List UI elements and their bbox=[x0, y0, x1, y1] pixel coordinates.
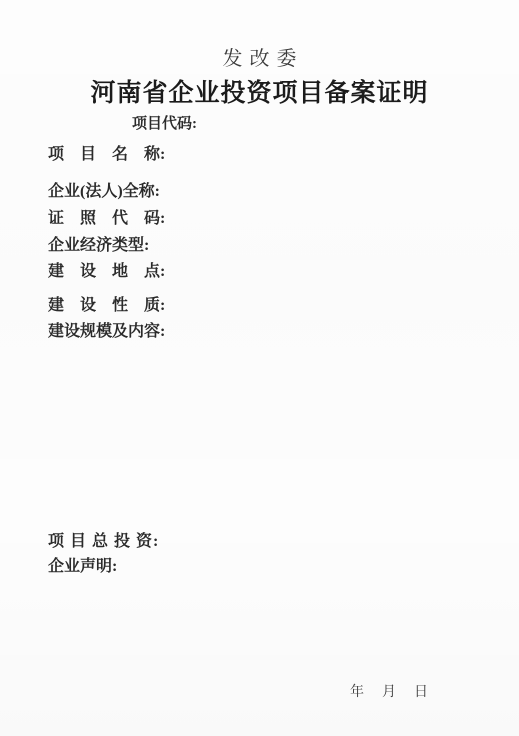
field-label-project-total-investment: 项 目 总 投 资: bbox=[48, 528, 159, 551]
document-title: 河南省企业投资项目备案证明 bbox=[0, 73, 519, 109]
project-code-label: 项目代码: bbox=[132, 112, 197, 133]
field-label-project-name: 项 目 名 称: bbox=[48, 141, 165, 164]
issuing-org-heading: 发改委 bbox=[0, 42, 519, 71]
field-label-enterprise-full-name: 企业(法人)全称: bbox=[48, 178, 160, 201]
date-line: 年 月 日 bbox=[350, 681, 430, 701]
scanned-form-page: 发改委 河南省企业投资项目备案证明 项目代码: 项 目 名 称: 企业(法人)全… bbox=[0, 0, 519, 736]
field-label-construction-nature: 建 设 性 质: bbox=[48, 292, 165, 315]
field-label-construction-scale-content: 建设规模及内容: bbox=[48, 318, 165, 341]
field-label-construction-site: 建 设 地 点: bbox=[48, 258, 165, 281]
field-label-enterprise-statement: 企业声明: bbox=[48, 553, 117, 576]
field-label-license-code: 证 照 代 码: bbox=[48, 205, 165, 228]
field-label-enterprise-economy-type: 企业经济类型: bbox=[48, 232, 149, 255]
